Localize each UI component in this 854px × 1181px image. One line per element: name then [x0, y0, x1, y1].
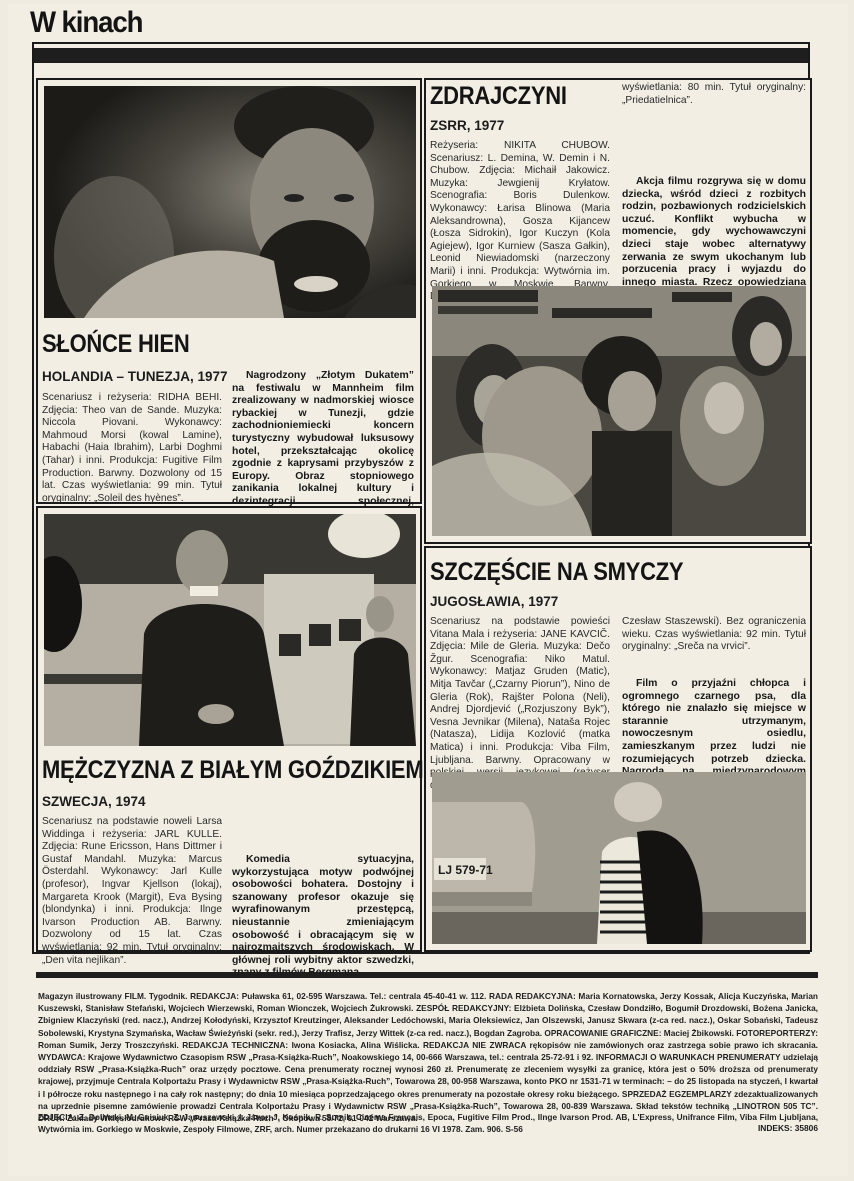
film-origin: ZSRR, 1977 — [430, 118, 504, 133]
film-panel-mezczyzna-z-bialym-gozdzikiem: MĘŻCZYZNA Z BIAŁYM GOŹDZIKIEM SZWECJA, 1… — [36, 506, 422, 952]
film-title: SŁOŃCE HIEN — [42, 330, 189, 359]
film-title: SZCZĘŚCIE NA SMYCZY — [430, 558, 683, 587]
footer-rule — [36, 972, 818, 978]
film-origin: SZWECJA, 1974 — [42, 794, 146, 809]
film-panel-szczescie-na-smyczy: SZCZĘŚCIE NA SMYCZY JUGOSŁAWIA, 1977 Sce… — [424, 546, 812, 952]
film-title: ZDRAJCZYNI — [430, 82, 567, 111]
film-still-man-in-collar — [44, 514, 416, 746]
header-rule — [34, 48, 808, 63]
film-still-boy-with-dog: LJ 579-71 — [432, 772, 806, 944]
film-panel-zdrajczyni: ZDRAJCZYNI ZSRR, 1977 Reżyseria: NIKITA … — [424, 78, 812, 544]
magazine-colophon: Magazyn ilustrowany FILM. Tygodnik. REDA… — [38, 990, 818, 1124]
film-credits: Scenariusz na podstawie noweli Larsa Wid… — [42, 816, 222, 967]
film-origin: JUGOSŁAWIA, 1977 — [430, 594, 558, 609]
film-credits-continued: wyświetlania: 80 min. Tytuł oryginalny: … — [622, 82, 806, 107]
photo-credits: ZDJĘCIA: Z. Doliński, M. Gnisiuk, Z. Jan… — [38, 1111, 818, 1135]
index-number: INDEKS: 35806 — [758, 1123, 818, 1133]
film-title: MĘŻCZYZNA Z BIAŁYM GOŹDZIKIEM — [42, 756, 423, 785]
license-plate: LJ 579-71 — [438, 863, 493, 877]
film-still-bearded-man — [44, 86, 416, 318]
film-origin: HOLANDIA – TUNEZJA, 1977 — [42, 369, 228, 384]
film-credits: Scenariusz na podstawie powieści Vitana … — [430, 616, 610, 792]
section-title: W kinach — [30, 6, 142, 40]
film-credits: Reżyseria: NIKITA CHUBOW. Scenariusz: L.… — [430, 140, 610, 304]
film-still-girls-group — [432, 286, 806, 536]
film-panel-slonce-hien: SŁOŃCE HIEN HOLANDIA – TUNEZJA, 1977 Sce… — [36, 78, 422, 504]
film-synopsis: Komedia sytuacyjna, wykorzystująca motyw… — [232, 854, 414, 980]
film-credits-continued: Czesław Staszewski). Bez ograniczenia wi… — [622, 616, 806, 654]
film-credits: Scenariusz i reżyseria: RIDHA BEHI. Zdję… — [42, 392, 222, 505]
